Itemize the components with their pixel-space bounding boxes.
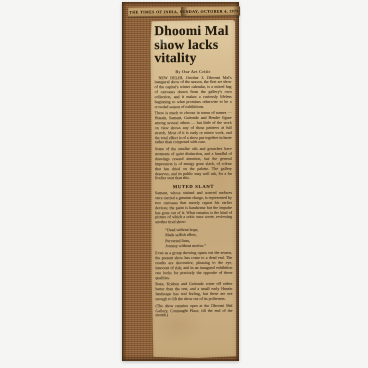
text-line: (The show remains open at the Dhoomi Mal… [156, 304, 233, 319]
article-byline: By Our Art Critic [154, 68, 231, 73]
quoted-verse: “Dead without hope,Made selfish effort,P… [165, 227, 232, 248]
photo-of-newspaper-clipping: THE TIMES OF INDIA, SUNDAY, OCTOBER 4, 1… [0, 0, 368, 368]
text-line: vitality [154, 51, 231, 65]
text-line: Even as a group showing opens out the se… [155, 251, 232, 280]
article-subhead: MUTED SLANT [155, 184, 232, 189]
article-body-section-1: NEW DELHI, October 3. Dhoomi Mal's inaug… [155, 75, 232, 181]
text-line: NEW DELHI, October 3. Dhoomi Mal's inaug… [155, 75, 232, 109]
article-body-section-2: Samant, whose stained and scarred surfac… [155, 191, 232, 225]
newspaper-clipping: Dhoomi Malshow lacksvitality By Our Art … [150, 20, 236, 358]
text-line: There is much to choose in terms of name… [155, 111, 232, 145]
masthead-right-edge-shadow [233, 6, 240, 15]
text-line: Dhoomi Mal [154, 24, 231, 38]
masthead-left-edge-shadow [180, 7, 187, 16]
text-line: Raza, Krishen and Gaitonde come off rath… [155, 282, 232, 302]
article-headline: Dhoomi Malshow lacksvitality [154, 24, 231, 65]
text-line: Journey without motive.” [165, 243, 232, 249]
text-line: Samant, whose stained and scarred surfac… [155, 191, 232, 225]
text-line: Some of the smaller oils and gouaches ha… [155, 147, 232, 181]
masthead-strip: THE TIMES OF INDIA, SUNDAY, OCTOBER 4, 1… [128, 6, 240, 16]
article-body-section-3: Even as a group showing opens out the se… [155, 251, 232, 318]
